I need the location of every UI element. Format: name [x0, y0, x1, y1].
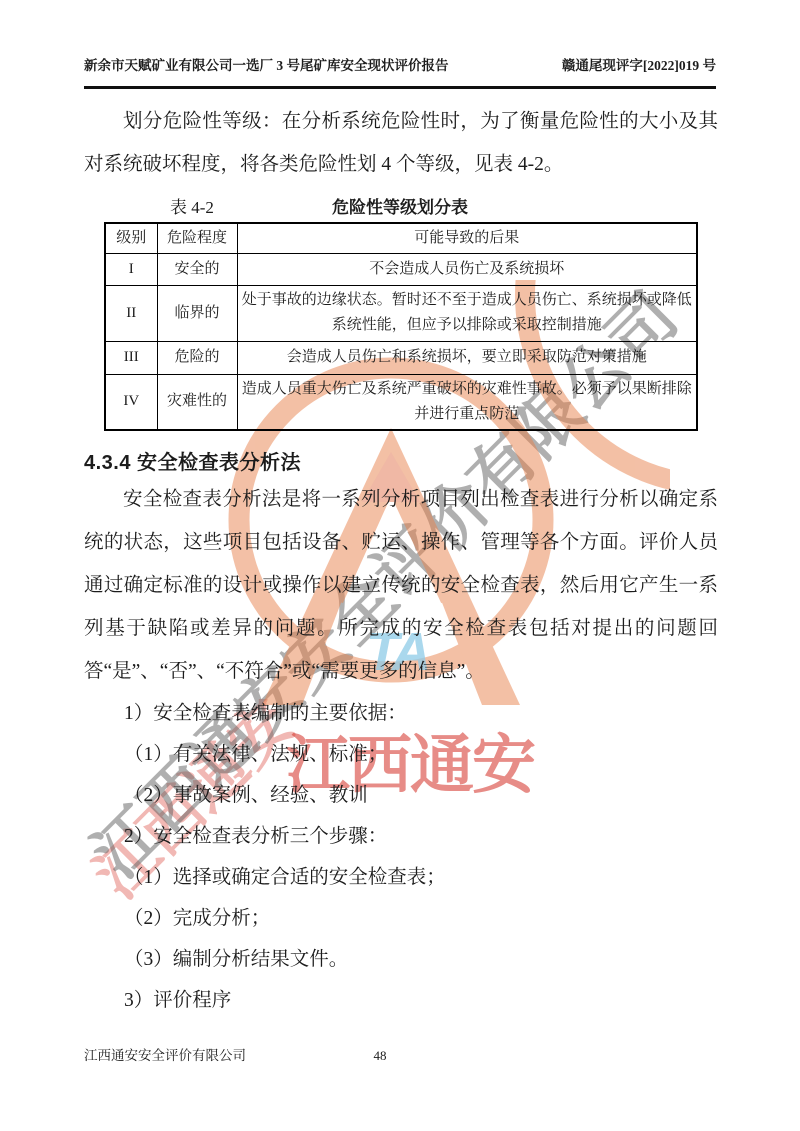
list-item: 1）安全检查表编制的主要依据：: [84, 693, 718, 734]
table-row: II 临界的 处于事故的边缘状态。暂时还不至于造成人员伤亡、系统损坏或降低系统性…: [105, 285, 697, 341]
list-item: 3）评价程序: [84, 980, 718, 1021]
section-list: 1）安全检查表编制的主要依据： （1）有关法律、法规、标准； （2）事故案例、经…: [84, 693, 718, 1021]
list-item: （2）完成分析；: [84, 898, 718, 939]
cell-degree: 危险的: [157, 341, 237, 374]
intro-paragraph: 划分危险性等级：在分析系统危险性时，为了衡量危险性的大小及其对系统破坏程度，将各…: [84, 100, 718, 186]
page-content: 新余市天赋矿业有限公司一选厂 3 号尾矿库安全现状评价报告 赣通尾现评字[202…: [0, 0, 800, 1131]
table-caption: 表 4-2 危险性等级划分表: [104, 194, 696, 222]
list-item: （1）有关法律、法规、标准；: [84, 734, 718, 775]
table-label: 表 4-2: [170, 194, 214, 222]
cell-level: I: [105, 253, 157, 285]
column-header-degree: 危险程度: [157, 223, 237, 253]
cell-consequence: 处于事故的边缘状态。暂时还不至于造成人员伤亡、系统损坏或降低系统性能，但应予以排…: [237, 285, 697, 341]
list-item: （1）选择或确定合适的安全检查表；: [84, 857, 718, 898]
table-row: III 危险的 会造成人员伤亡和系统损坏，要立即采取防范对策措施: [105, 341, 697, 374]
cell-degree: 临界的: [157, 285, 237, 341]
cell-level: III: [105, 341, 157, 374]
list-item: （3）编制分析结果文件。: [84, 939, 718, 980]
column-header-consequence: 可能导致的后果: [237, 223, 697, 253]
cell-level: II: [105, 285, 157, 341]
hazard-level-table: 级别 危险程度 可能导致的后果 I 安全的 不会造成人员伤亡及系统损坏 II 临…: [104, 222, 698, 431]
page-header: 新余市天赋矿业有限公司一选厂 3 号尾矿库安全现状评价报告 赣通尾现评字[202…: [84, 53, 716, 89]
table-row: IV 灾难性的 造成人员重大伤亡及系统严重破坏的灾难性事故。必须予以果断排除并进…: [105, 374, 697, 430]
section-paragraph: 安全检查表分析法是将一系列分析项目列出检查表进行分析以确定系统的状态，这些项目包…: [84, 478, 718, 693]
cell-consequence: 不会造成人员伤亡及系统损坏: [237, 253, 697, 285]
column-header-level: 级别: [105, 223, 157, 253]
header-report-title: 新余市天赋矿业有限公司一选厂 3 号尾矿库安全现状评价报告: [84, 53, 449, 79]
cell-level: IV: [105, 374, 157, 430]
cell-degree: 灾难性的: [157, 374, 237, 430]
section-heading: 4.3.4 安全检查表分析法: [84, 446, 301, 475]
table-row: I 安全的 不会造成人员伤亡及系统损坏: [105, 253, 697, 285]
document-page: 江西通安 江西通安安全评价有限公司 TA 江西通安 新余市天赋矿业有限公司一选厂: [0, 0, 800, 1131]
page-footer: 江西通安安全评价有限公司 48: [84, 1046, 716, 1066]
list-item: （2）事故案例、经验、教训: [84, 775, 718, 816]
cell-consequence: 会造成人员伤亡和系统损坏，要立即采取防范对策措施: [237, 341, 697, 374]
cell-degree: 安全的: [157, 253, 237, 285]
table-header-row: 级别 危险程度 可能导致的后果: [105, 223, 697, 253]
header-document-number: 赣通尾现评字[2022]019 号: [562, 53, 716, 79]
footer-page-number: 48: [84, 1046, 676, 1066]
cell-consequence: 造成人员重大伤亡及系统严重破坏的灾难性事故。必须予以果断排除并进行重点防范: [237, 374, 697, 430]
list-item: 2）安全检查表分析三个步骤：: [84, 816, 718, 857]
